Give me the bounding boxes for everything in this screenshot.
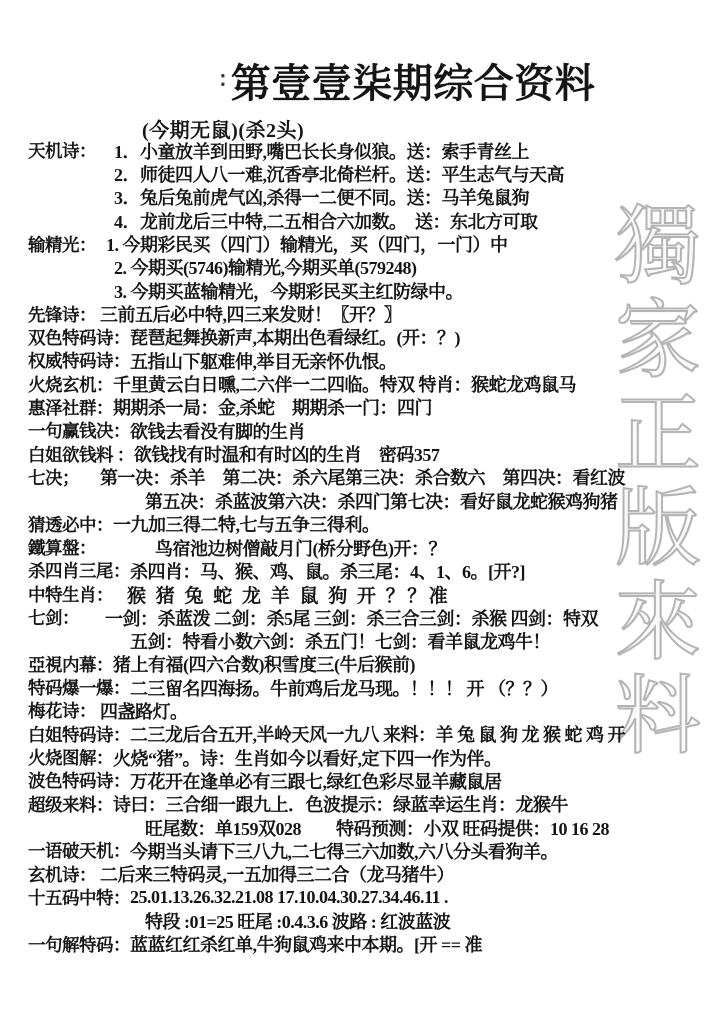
line-label: 一句赢钱决：	[28, 418, 130, 443]
line-label: 七决；	[28, 465, 100, 490]
doc-line: 七决； 第一决：杀羊 第二决：杀六尾第三决：杀合数六 第四决：看红波	[28, 466, 721, 489]
line-text: 五剑：特看小数六剑：杀五门！七剑：看羊鼠龙鸡牛！	[130, 628, 550, 654]
line-label: 波色特码诗：	[28, 768, 130, 793]
line-text: 千里黄云白日曛,二六伴一二四临。特双 特肖：猴蛇龙鸡鼠马	[113, 371, 576, 397]
line-label: 梅花诗：	[28, 698, 100, 723]
doc-line: 中特生肖： 猴 猪 兔 蛇 龙 羊 鼠 狗 开 ？？准	[28, 583, 721, 606]
doc-line: 鐵算盤： 鸟宿池边树僧敲月门(桥分野色)开：？	[28, 536, 721, 559]
doc-line: 3．兔后兔前虎气凶,杀得一二便不同。送：马羊兔鼠狗	[28, 186, 721, 209]
line-text: 25.01.13.26.32.21.08 17.10.04.30.27.34.4…	[130, 887, 448, 908]
line-label: 白姐特码诗：	[28, 722, 130, 747]
line-text: 3．兔后兔前虎气凶,杀得一二便不同。送：马羊兔鼠狗	[114, 184, 529, 210]
line-label: 火烧图解：	[28, 745, 113, 770]
line-label: 杀四肖三尾：	[28, 558, 130, 583]
doc-line: 2. 今期买(5746)输精光,今期买单(579248)	[28, 256, 721, 279]
doc-line: 权威特码诗： 五指山下躯难伸,举目无亲怀仇恨。	[28, 349, 721, 372]
doc-line: 杀四肖三尾： 杀四肖：马、猴、鸡、鼠。杀三尾：4、1、6。[开?]	[28, 559, 721, 582]
title-block: ∶ 第壹壹柒期综合资料	[220, 52, 595, 109]
line-label: 天机诗：	[28, 138, 100, 163]
line-text: 2．师徒四人八一难,沉香亭北倚栏杆。送：平生志气与天高	[114, 161, 564, 187]
doc-line: 惠泽社群： 期期杀一局：金,杀蛇 期期杀一门：四门	[28, 396, 721, 419]
line-text: 三前五后必中特,四三来发财！〖开？〗	[100, 301, 402, 327]
line-text: 二后来三特码灵,一五加得三二合（龙马猪牛）	[100, 861, 454, 887]
line-label: 权威特码诗：	[28, 348, 130, 373]
doc-line: 先锋诗： 三前五后必中特,四三来发财！〖开？〗	[28, 302, 721, 325]
line-label: 一句解特码：	[28, 932, 130, 957]
doc-line: 五剑：特看小数六剑：杀五门！七剑：看羊鼠龙鸡牛！	[28, 629, 721, 652]
line-text: 3. 今期买蓝输精光，今期彩民买主红防绿中。	[114, 278, 463, 304]
line-label: 鐵算盤：	[28, 535, 100, 560]
line-text: 一剑：杀蓝泼 二剑：杀5尾 三剑：杀三合三剑：杀猴 四剑：特双	[105, 605, 598, 631]
title-stray-mark: ∶	[220, 68, 226, 94]
line-text: 1. 今期彩民买（四门）输精光，买（四门，一门）中	[106, 231, 508, 257]
line-text: 二三留名四海扬。牛前鸡后龙马现。！！！ 开 （？？）	[130, 675, 558, 701]
doc-line: 火烧图解： 火烧“猪”。诗：生肖如今以看好,定下四一作为伴。	[28, 746, 721, 769]
line-text: 诗曰：三合细一跟九上．色波提示：绿蓝幸运生肖：龙猴牛	[113, 791, 568, 817]
line-text: 火烧“猪”。诗：生肖如今以看好,定下四一作为伴。	[113, 745, 502, 771]
line-text: 一九加三得二特,七与五争三得利。	[113, 511, 380, 537]
line-text: 万花开在逢单必有三跟七,绿红色彩尽显羊藏鼠居	[130, 768, 502, 794]
line-text: 2. 今期买(5746)输精光,今期买单(579248)	[114, 254, 416, 280]
doc-line: 3. 今期买蓝输精光，今期彩民买主红防绿中。	[28, 279, 721, 302]
doc-line: 一语破天机： 今期当头请下三八九,二七得三六加数,六八分头看狗羊。	[28, 839, 721, 862]
line-text: 欲钱去看没有脚的生肖	[130, 418, 305, 444]
doc-line: 波色特码诗： 万花开在逢单必有三跟七,绿红色彩尽显羊藏鼠居	[28, 769, 721, 792]
line-label: 双色特码诗：	[28, 325, 130, 350]
doc-line: 白姐欲钱料 ： 欲钱找有时温和有时凶的生肖 密码357	[28, 442, 721, 465]
doc-line: 第五决：杀蓝波第六决：杀四门第七决：看好鼠龙蛇猴鸡狗猪	[28, 489, 721, 512]
doc-line: 天机诗： 1．小童放羊到田野,嘴巴长长身似狼。送：索手青丝上	[28, 139, 721, 162]
line-text: 四盏路灯。	[100, 698, 188, 724]
line-label: 先锋诗：	[28, 302, 100, 327]
doc-line: 特码爆一爆： 二三留名四海扬。牛前鸡后龙马现。！！！ 开 （？？）	[28, 676, 721, 699]
doc-line: 4．龙前龙后三中特,二五相合六加数。 送：东北方可取	[28, 209, 721, 232]
line-label: 一语破天机：	[28, 838, 130, 863]
line-label: 玄机诗：	[28, 862, 100, 887]
line-label: 中特生肖：	[28, 582, 113, 607]
line-text: 二三龙后合五开,半岭天风一九八 来料：羊 兔 鼠 狗 龙 猴 蛇 鸡 开	[130, 721, 625, 747]
line-text: 旺尾数：单159双028 特码预测：小双 旺码提供：10 16 28	[145, 815, 609, 841]
scanned-lottery-tip-sheet: 獨家正版來料 ∶ 第壹壹柒期综合资料 (今期无鼠)(杀2头) 天机诗： 1．小童…	[0, 0, 723, 1024]
line-label: 特码爆一爆：	[28, 675, 130, 700]
doc-line: 输精光： 1. 今期彩民买（四门）输精光，买（四门，一门）中	[28, 232, 721, 255]
line-label: 惠泽社群：	[28, 395, 113, 420]
line-text: 第一决：杀羊 第二决：杀六尾第三决：杀合数六 第四决：看红波	[100, 464, 625, 490]
line-text: 猪上有福(四六合数)积雪度三(牛后猴前)	[113, 651, 415, 677]
line-text: 五指山下躯难伸,举目无亲怀仇恨。	[130, 348, 397, 374]
doc-line: 十五码中特： 25.01.13.26.32.21.08 17.10.04.30.…	[28, 886, 721, 909]
doc-line: 玄机诗： 二后来三特码灵,一五加得三二合（龙马猪牛）	[28, 863, 721, 886]
page-title: 第壹壹柒期综合资料	[231, 52, 596, 109]
doc-line: 一句解特码： 蓝蓝红红杀红单,牛狗鼠鸡来中本期。[开 == 准	[28, 933, 721, 956]
line-text: 期期杀一局：金,杀蛇 期期杀一门：四门	[113, 394, 432, 420]
line-text: 4．龙前龙后三中特,二五相合六加数。 送：东北方可取	[114, 208, 538, 234]
doc-line: 梅花诗： 四盏路灯。	[28, 699, 721, 722]
line-label: 火烧玄机：	[28, 372, 113, 397]
document-body: 天机诗： 1．小童放羊到田野,嘴巴长长身似狼。送：索手青丝上 2．师徒四人八一难…	[28, 139, 721, 956]
doc-line: 双色特码诗： 琵琶起舞换新声,本期出色看绿红。(开：？)	[28, 326, 721, 349]
line-label: 白姐欲钱料 ：	[28, 442, 134, 467]
line-label: 输精光：	[28, 232, 100, 257]
line-label: 十五码中特：	[28, 885, 130, 910]
doc-line: 亞視内幕： 猪上有福(四六合数)积雪度三(牛后猴前)	[28, 653, 721, 676]
line-text: 琵琶起舞换新声,本期出色看绿红。(开：？)	[130, 324, 460, 350]
doc-line: 超级来料： 诗曰：三合细一跟九上．色波提示：绿蓝幸运生肖：龙猴牛	[28, 793, 721, 816]
line-text: 欲钱找有时温和有时凶的生肖 密码357	[134, 441, 440, 467]
line-label: 亞視内幕：	[28, 652, 113, 677]
line-text: 鸟宿池边树僧敲月门(桥分野色)开：？	[155, 535, 446, 561]
doc-line: 白姐特码诗： 二三龙后合五开,半岭天风一九八 来料：羊 兔 鼠 狗 龙 猴 蛇 …	[28, 723, 721, 746]
doc-line: 特段 :01=25 旺尾 :0.4.3.6 波路 : 红波蓝波	[28, 909, 721, 932]
doc-line: 猜透必中： 一九加三得二特,七与五争三得利。	[28, 513, 721, 536]
line-label: 猜透必中：	[28, 512, 113, 537]
doc-line: 2．师徒四人八一难,沉香亭北倚栏杆。送：平生志气与天高	[28, 162, 721, 185]
line-label: 七剑：	[28, 605, 100, 630]
line-text: 今期当头请下三八九,二七得三六加数,六八分头看狗羊。	[130, 838, 558, 864]
line-text: 特段 :01=25 旺尾 :0.4.3.6 波路 : 红波蓝波	[145, 908, 450, 934]
doc-line: 七剑： 一剑：杀蓝泼 二剑：杀5尾 三剑：杀三合三剑：杀猴 四剑：特双	[28, 606, 721, 629]
line-label: 超级来料：	[28, 792, 113, 817]
line-text: 第五决：杀蓝波第六决：杀四门第七决：看好鼠龙蛇猴鸡狗猪	[145, 488, 618, 514]
doc-line: 火烧玄机： 千里黄云白日曛,二六伴一二四临。特双 特肖：猴蛇龙鸡鼠马	[28, 372, 721, 395]
line-text: 蓝蓝红红杀红单,牛狗鼠鸡来中本期。[开 == 准	[130, 931, 482, 957]
doc-line: 一句赢钱决： 欲钱去看没有脚的生肖	[28, 419, 721, 442]
doc-line: 旺尾数：单159双028 特码预测：小双 旺码提供：10 16 28	[28, 816, 721, 839]
line-text: 1．小童放羊到田野,嘴巴长长身似狼。送：索手青丝上	[114, 138, 529, 164]
